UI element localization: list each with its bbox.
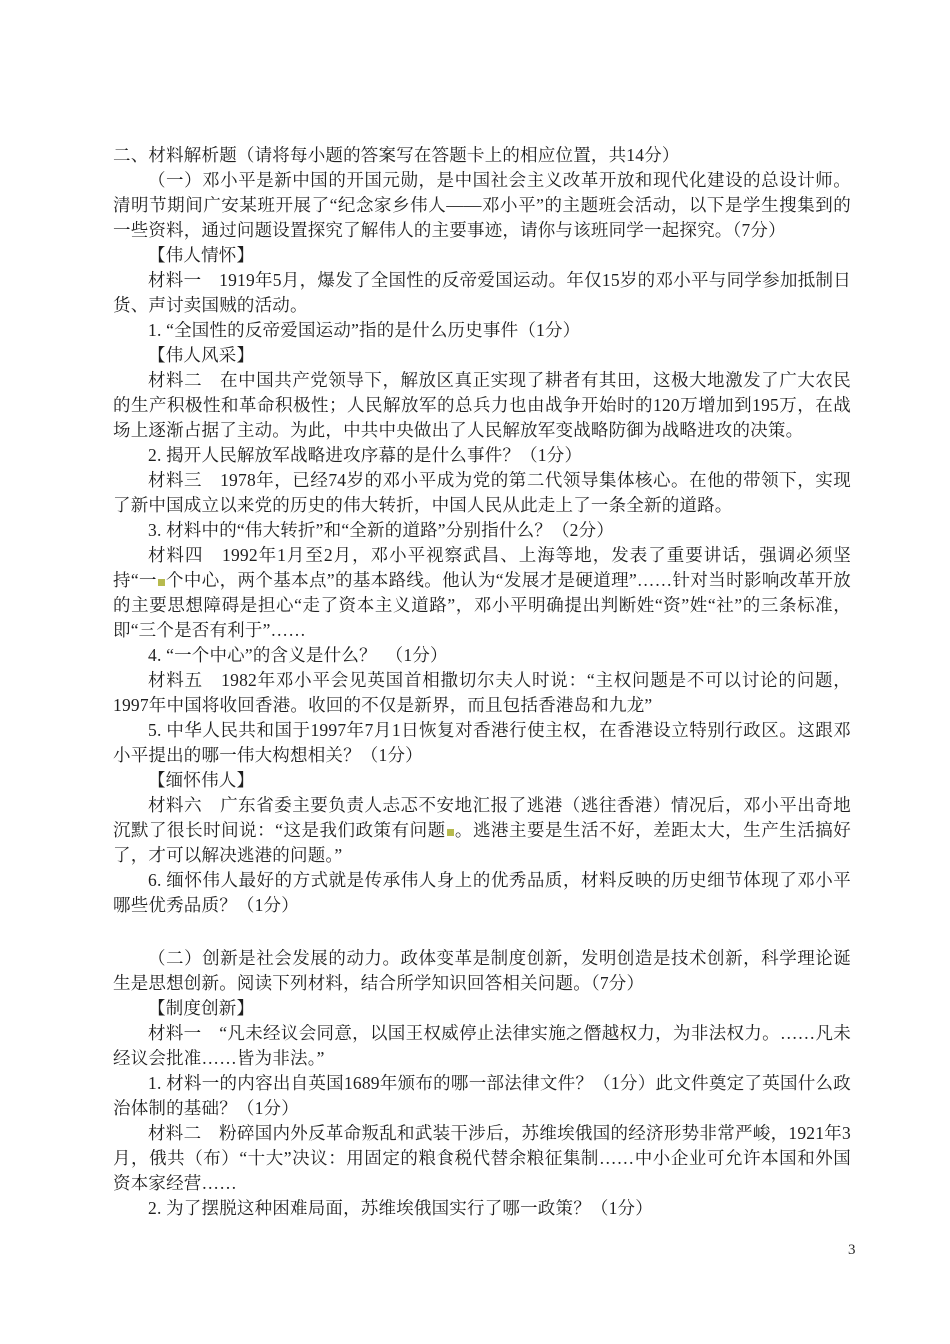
exam-page: 二、材料解析题（请将每小题的答案写在答题卡上的相应位置，共14分）（一）邓小平是… xyxy=(0,0,950,1344)
part2-question-2: 2. 为了摆脱这种困难局面，苏维埃俄国实行了哪一政策？（1分） xyxy=(113,1196,851,1221)
question-2: 2. 揭开人民解放军战略进攻序幕的是什么事件？（1分） xyxy=(113,443,851,468)
question-5: 5. 中华人民共和国于1997年7月1日恢复对香港行使主权，在香港设立特别行政区… xyxy=(113,718,851,768)
question-1: 1. “全国性的反帝爱国运动”指的是什么历史事件（1分） xyxy=(113,318,851,343)
annotation-mark-icon xyxy=(447,829,454,836)
question-4: 4. “一个中心”的含义是什么？ （1分） xyxy=(113,643,851,668)
question-3: 3. 材料中的“伟大转折”和“全新的道路”分别指什么？（2分） xyxy=(113,518,851,543)
material-6: 材料六 广东省委主要负责人忐忑不安地汇报了逃港（逃往香港）情况后，邓小平出奇地沉… xyxy=(113,793,851,868)
page-number: 3 xyxy=(848,1240,856,1260)
part-2-intro: （二）创新是社会发展的动力。政体变革是制度创新，发明创造是技术创新，科学理论诞生… xyxy=(113,946,851,996)
document-body: 二、材料解析题（请将每小题的答案写在答题卡上的相应位置，共14分）（一）邓小平是… xyxy=(113,143,851,1221)
material-2: 材料二 在中国共产党领导下，解放区真正实现了耕者有其田，这极大地激发了广大农民的… xyxy=(113,368,851,443)
part2-material-1: 材料一 “凡未经议会同意，以国王权威停止法律实施之僭越权力，为非法权力。……凡未… xyxy=(113,1021,851,1071)
bracket-header-weiren-fengcai: 【伟人风采】 xyxy=(113,343,851,368)
part-1-intro: （一）邓小平是新中国的开国元勋，是中国社会主义改革开放和现代化建设的总设计师。清… xyxy=(113,168,851,243)
material-5: 材料五 1982年邓小平会见英国首相撒切尔夫人时说：“主权问题是不可以讨论的问题… xyxy=(113,668,851,718)
question-6: 6. 缅怀伟人最好的方式就是传承伟人身上的优秀品质，材料反映的历史细节体现了邓小… xyxy=(113,868,851,918)
part2-question-1: 1. 材料一的内容出自英国1689年颁布的哪一部法律文件？（1分）此文件奠定了英… xyxy=(113,1071,851,1121)
bracket-header-zhidu-chuangxin: 【制度创新】 xyxy=(113,996,851,1021)
part2-material-2: 材料二 粉碎国内外反革命叛乱和武装干涉后，苏维埃俄国的经济形势非常严峻，1921… xyxy=(113,1121,851,1196)
annotation-mark-icon xyxy=(158,579,165,586)
bracket-header-mianhuai-weiren: 【缅怀伟人】 xyxy=(113,768,851,793)
section-header-materials: 二、材料解析题（请将每小题的答案写在答题卡上的相应位置，共14分） xyxy=(113,143,851,168)
material-1: 材料一 1919年5月，爆发了全国性的反帝爱国运动。年仅15岁的邓小平与同学参加… xyxy=(113,268,851,318)
material-4: 材料四 1992年1月至2月，邓小平视察武昌、上海等地，发表了重要讲话，强调必须… xyxy=(113,543,851,643)
material-3: 材料三 1978年，已经74岁的邓小平成为党的第二代领导集体核心。在他的带领下，… xyxy=(113,468,851,518)
bracket-header-weiren-qinghuai: 【伟人情怀】 xyxy=(113,243,851,268)
section-gap xyxy=(113,918,851,946)
